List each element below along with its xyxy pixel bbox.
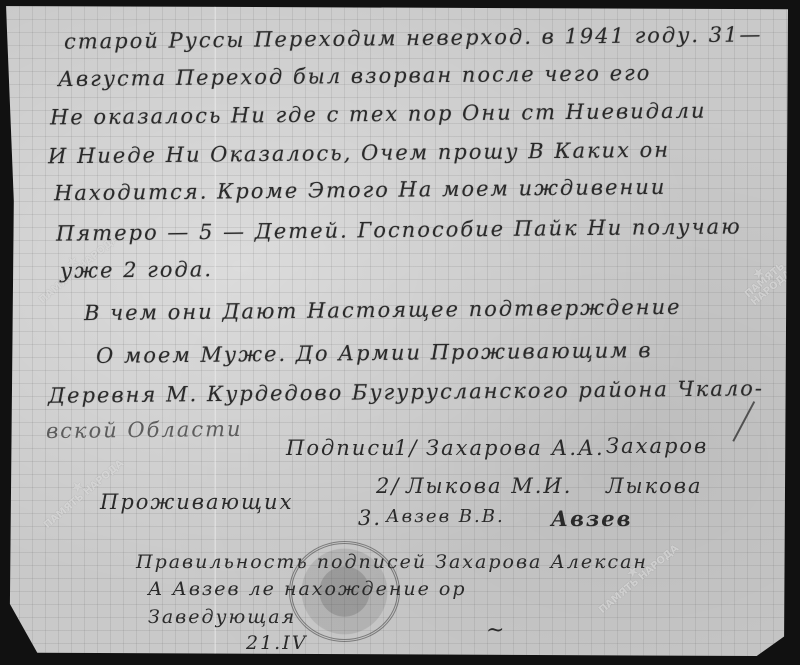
signature-3: Авзев — [551, 506, 632, 531]
letter-line-8: В чем они Дают Настоящее подтверждение — [84, 295, 682, 325]
signature-1: Захаров — [606, 434, 708, 458]
letter-line-10: Деревня М. Курдедово Бугурусланского рай… — [48, 376, 764, 407]
signer-name-2: Лыкова М.И. — [406, 474, 572, 498]
paper-tear — [732, 401, 781, 456]
head-signature: ~ — [486, 618, 506, 643]
watermark: ★ ПАМЯТЬ НАРОДА — [737, 254, 794, 308]
certification-date: 21.IV — [246, 632, 307, 654]
letter-line-11: вской Области — [46, 417, 243, 443]
watermark: ★ ПАМЯТЬ НАРОДА — [591, 536, 681, 616]
signature-number-1: 1/ — [394, 436, 418, 460]
letter-line-7: уже 2 года. — [60, 257, 213, 283]
signer-name-1: Захарова А.А. — [426, 436, 605, 460]
signature-2: Лыкова — [606, 474, 703, 498]
scan-frame: ★ ПАМЯТЬ НАРОДА ★ ПАМЯТЬ НАРОДА ★ ПАМЯТЬ… — [0, 0, 800, 665]
certification-line-1: Правильность подписей Захарова Алексан — [136, 551, 648, 573]
letter-line-6: Пятеро — 5 — Детей. Госпособие Пайк Ни п… — [56, 214, 742, 245]
signer-name-3: Авзев В.В. — [386, 506, 505, 527]
letter-line-1: старой Руссы Переходим неверход. в 1941 … — [64, 22, 763, 53]
letter-line-3: Не оказалось Ни где с тех пор Они ст Ние… — [50, 99, 707, 130]
certification-line-3: Заведующая — [148, 606, 296, 628]
signature-number-2: 2/ — [376, 474, 400, 498]
document-paper: ★ ПАМЯТЬ НАРОДА ★ ПАМЯТЬ НАРОДА ★ ПАМЯТЬ… — [6, 6, 788, 656]
letter-line-5: Находится. Кроме Этого На моем иждивении — [54, 175, 667, 205]
letter-line-4: И Ниеде Ни Оказалось, Очем прошу В Каких… — [48, 138, 670, 169]
letter-line-9: О моем Муже. До Армии Проживающим в — [96, 338, 653, 368]
residents-label: Проживающих — [100, 490, 293, 514]
signature-number-3: 3. — [358, 506, 382, 530]
signatures-label: Подписи — [286, 436, 397, 460]
certification-line-2: А Авзев ле нахождение ор — [148, 578, 466, 600]
letter-line-2: Августа Переход был взорван после чего е… — [58, 61, 652, 91]
